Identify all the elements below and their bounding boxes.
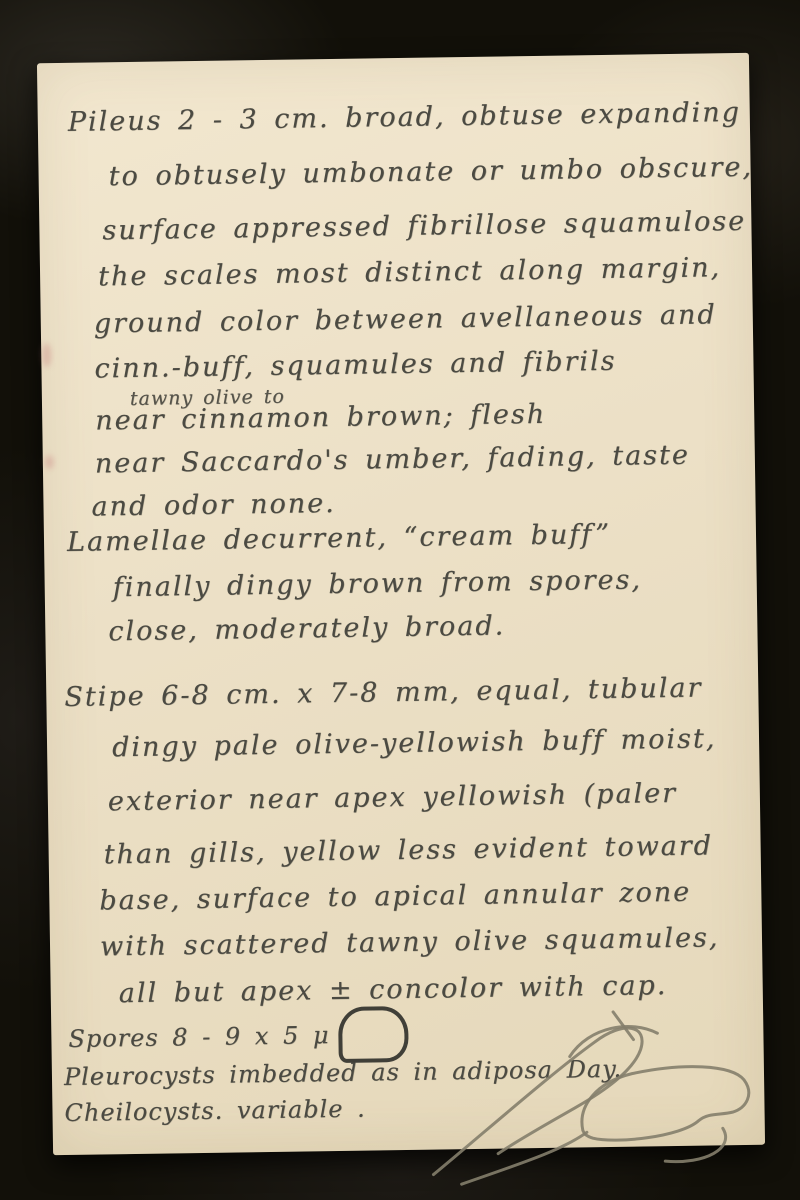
handwriting-line: surface appressed fibrillose squamulose [102,206,746,247]
handwriting-line: Spores 8 - 9 x 5 μ [68,1021,329,1053]
handwriting-line: all but apex ± concolor with cap. [119,970,668,1009]
handwriting-line: with scattered tawny olive squamules, [100,922,720,962]
spore-outline-sketch-icon [338,1006,409,1063]
pencil-cystidia-scribble-icon [401,1008,766,1188]
handwriting-line: Lamellae decurrent, “cream buff” [67,519,611,558]
handwriting-line: near cinnamon brown; flesh [95,399,546,437]
handwriting-line: ground color between avellaneous and [94,299,717,339]
pink-smudge [45,455,54,469]
pink-smudge [42,343,51,367]
handwriting-line: to obtusely umbonate or umbo obscure, [108,152,753,193]
photo-background: Pileus 2 - 3 cm. broad, obtuse expanding… [0,0,800,1200]
handwriting-line: cinn.-buff, squamules and fibrils [94,346,616,385]
handwriting-line: dingy pale olive-yellowish buff moist, [112,723,717,763]
handwriting-line: than gills, yellow less evident toward [103,830,713,870]
handwriting-line: Pileus 2 - 3 cm. broad, obtuse expanding [68,97,742,138]
handwriting-line: Cheilocysts. variable . [64,1095,366,1127]
handwriting-line: Stipe 6-8 cm. x 7-8 mm, equal, tubular [64,673,703,713]
handwriting-line: exterior near apex yellowish (paler [108,778,678,817]
handwriting-line: base, surface to apical annular zone [99,877,691,917]
handwriting-line: close, moderately broad. [108,610,505,647]
index-card: Pileus 2 - 3 cm. broad, obtuse expanding… [37,53,765,1155]
handwriting-line: the scales most distinct along margin, [98,252,721,292]
handwriting-line: and odor none. [91,488,336,523]
handwriting-line: finally dingy brown from spores, [112,564,642,603]
handwriting-line: near Saccardo's umber, fading, taste [95,440,690,480]
